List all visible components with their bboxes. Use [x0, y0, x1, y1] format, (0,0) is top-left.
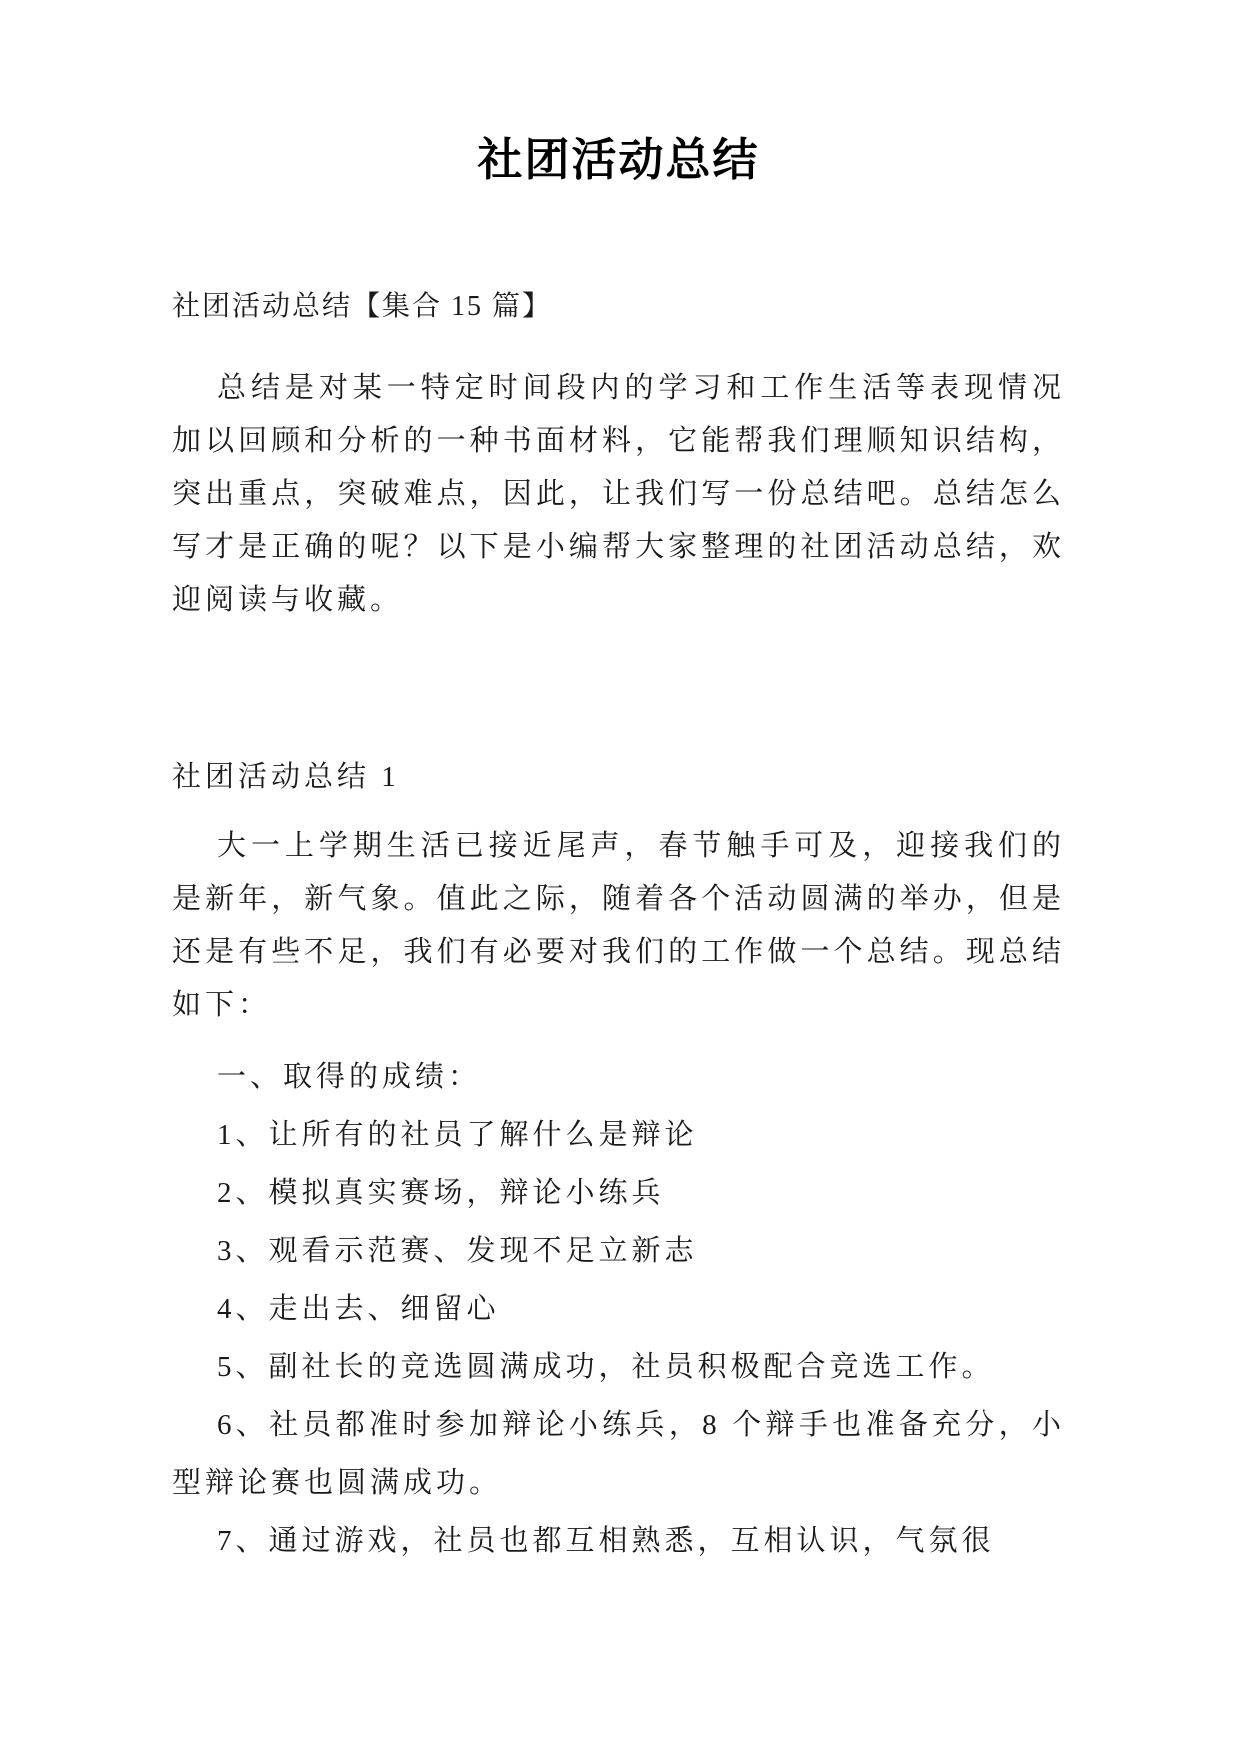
document-subtitle: 社团活动总结【集合 15 篇】 — [172, 280, 1065, 333]
document-title: 社团活动总结 — [172, 127, 1065, 193]
section-heading: 社团活动总结 1 — [172, 751, 1065, 804]
list-item: 5、副社长的竞选圆满成功，社员积极配合竞选工作。 — [172, 1338, 1065, 1396]
list-item: 6、社员都准时参加辩论小练兵，8 个辩手也准备充分，小型辩论赛也圆满成功。 — [172, 1396, 1065, 1512]
intro-paragraph: 总结是对某一特定时间段内的学习和工作生活等表现情况加以回顾和分析的一种书面材料，… — [172, 362, 1065, 627]
list-item: 一、取得的成绩： — [172, 1048, 1065, 1106]
list-item: 3、观看示范赛、发现不足立新志 — [172, 1222, 1065, 1280]
list-item: 4、走出去、细留心 — [172, 1280, 1065, 1338]
list-item: 2、模拟真实赛场，辩论小练兵 — [172, 1164, 1065, 1222]
document-page: 社团活动总结 社团活动总结【集合 15 篇】 总结是对某一特定时间段内的学习和工… — [0, 0, 1241, 1754]
list-item: 7、通过游戏，社员也都互相熟悉，互相认识，气氛很 — [172, 1512, 1065, 1570]
section-lead-paragraph: 大一上学期生活已接近尾声，春节触手可及，迎接我们的是新年，新气象。值此之际，随着… — [172, 820, 1065, 1032]
achievements-list: 一、取得的成绩： 1、让所有的社员了解什么是辩论 2、模拟真实赛场，辩论小练兵 … — [172, 1048, 1065, 1570]
list-item: 1、让所有的社员了解什么是辩论 — [172, 1106, 1065, 1164]
